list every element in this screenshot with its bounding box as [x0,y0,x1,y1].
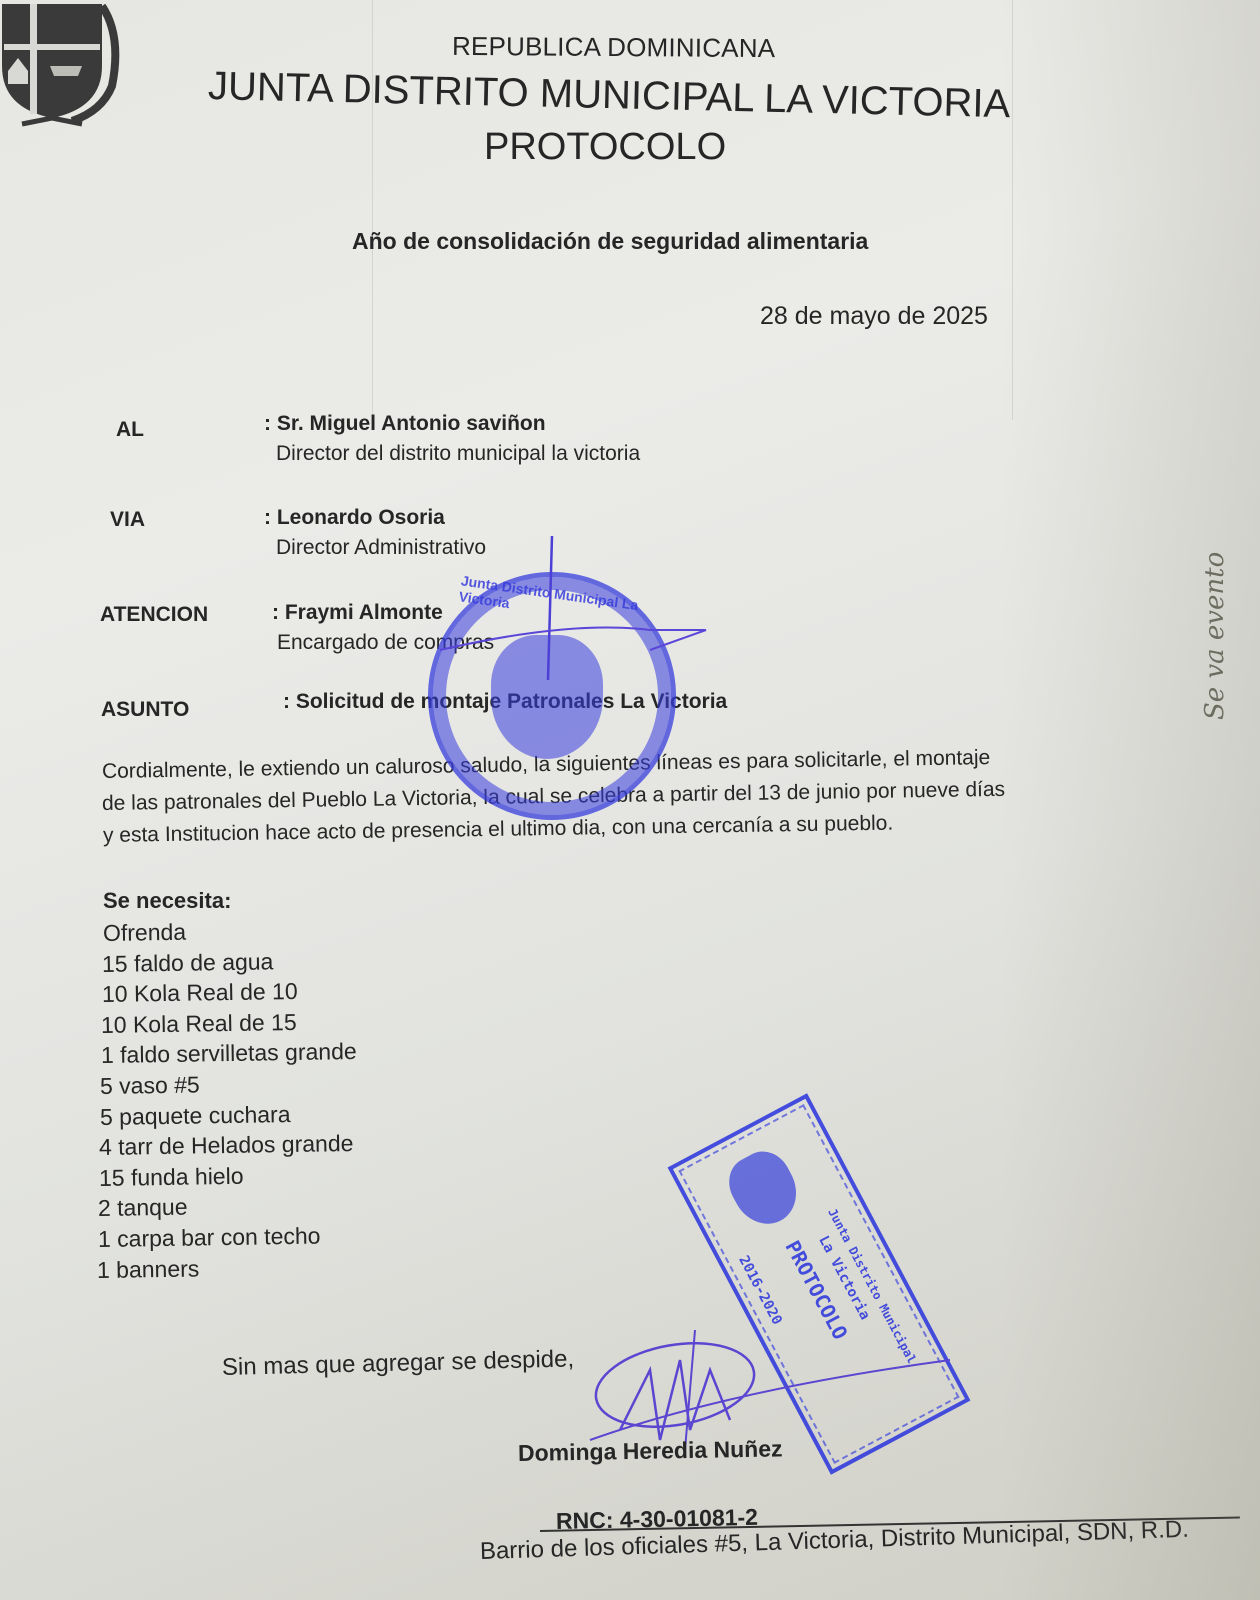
recipient-title-al: Director del distrito municipal la victo… [276,442,640,466]
pen-stroke-icon [420,530,740,690]
farewell-text: Sin mas que agregar se despide, [222,1345,575,1382]
needs-list-item: 1 banners [97,1255,200,1284]
recipient-label-al: AL [116,418,144,442]
photo-shadow [1000,0,1260,1600]
recipient-label-via: VIA [110,508,145,532]
needs-list-item: 10 Kola Real de 15 [101,1009,297,1039]
recipient-name-atencion: : Fraymi Almonte [272,601,443,625]
needs-list-item: 2 tanque [98,1194,188,1222]
needs-heading: Se necesita: [103,888,231,914]
recipient-name-al: : Sr. Miguel Antonio saviñon [264,412,546,436]
document-page: REPUBLICA DOMINICANA JUNTA DISTRITO MUNI… [0,0,1260,1600]
signer-name: Dominga Heredia Nuñez [518,1435,783,1467]
needs-list-item: 1 faldo servilletas grande [101,1038,357,1069]
institution-heading: JUNTA DISTRITO MUNICIPAL LA VICTORIA [207,64,1010,127]
recipient-name-via: : Leonardo Osoria [264,506,445,530]
handwritten-margin-note: Se va evento [1200,552,1230,720]
seal-crest-icon [720,1142,809,1235]
year-motto: Año de consolidación de seguridad alimen… [352,228,868,255]
subject-label: ASUNTO [101,698,189,722]
needs-list-item: 15 faldo de agua [102,948,274,978]
recipient-label-atencion: ATENCION [100,603,208,627]
needs-list-item: 10 Kola Real de 10 [102,978,298,1008]
department-heading: PROTOCOLO [484,126,726,169]
needs-list-item: 4 tarr de Helados grande [99,1130,354,1161]
paper-fold-line [372,0,373,420]
paper-fold-line [1012,0,1013,420]
country-heading: REPUBLICA DOMINICANA [452,31,776,64]
letter-date: 28 de mayo de 2025 [760,302,988,331]
needs-list-item: 5 paquete cuchara [100,1101,291,1131]
coat-of-arms-icon [0,0,122,136]
needs-list-item: 1 carpa bar con techo [98,1223,321,1253]
needs-list-item: 15 funda hielo [99,1163,244,1192]
needs-list-item: 5 vaso #5 [100,1071,200,1100]
stamp-years: 2016-2020 [735,1253,785,1327]
needs-list-item: Ofrenda [103,919,187,947]
